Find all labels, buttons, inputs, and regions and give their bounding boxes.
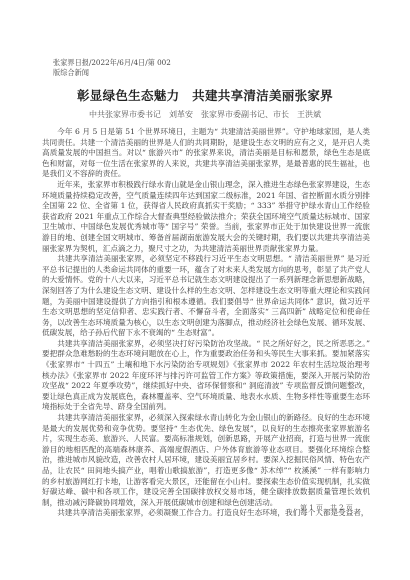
paragraph: 今年 6 月 5 日是第 51 个世界环境日，主题为“ 共建清洁美丽世界”。守护… [42, 127, 370, 180]
document-page: 张家界日报/2022年/6月/4日/第 002 版综合新闻 彰显绿色生态魅力 共… [0, 0, 410, 580]
paragraph: 近年来，张家界市积极践行绿水青山就是金山银山理念，深入推进生态绿色张家界建设，生… [42, 180, 370, 254]
article-byline: 中共张家界市委书记 刘革安 张家界市委副书记、市长 王洪斌 [0, 109, 410, 120]
article-title: 彰显绿色生态魅力 共建共享清洁美丽张家界 [0, 86, 410, 104]
section-line: 版综合新闻 [53, 68, 171, 78]
paragraph: 共建共享清洁美丽张家界，必须坚决打好污染防治攻坚战。“ 民之所好好之，民之所恶恶… [42, 339, 370, 413]
paragraph: 共建共享清洁美丽张家界，必须深入探索绿水青山转化为金山银山的新路径。良好的生态环… [42, 413, 370, 508]
source-line: 张家界日报/2022年/6月/4日/第 002 [53, 58, 171, 68]
publication-meta: 张家界日报/2022年/6月/4日/第 002 版综合新闻 [53, 58, 171, 78]
article-body: 今年 6 月 5 日是第 51 个世界环境日，主题为“ 共建清洁美丽世界”。守护… [42, 127, 370, 519]
paragraph: 共建共享清洁美丽张家界，必须坚定不移践行习近平生态文明思想。“ 清洁美丽世界” … [42, 254, 370, 339]
page-indicator: 第 1 页 共 2 页 [300, 503, 353, 513]
